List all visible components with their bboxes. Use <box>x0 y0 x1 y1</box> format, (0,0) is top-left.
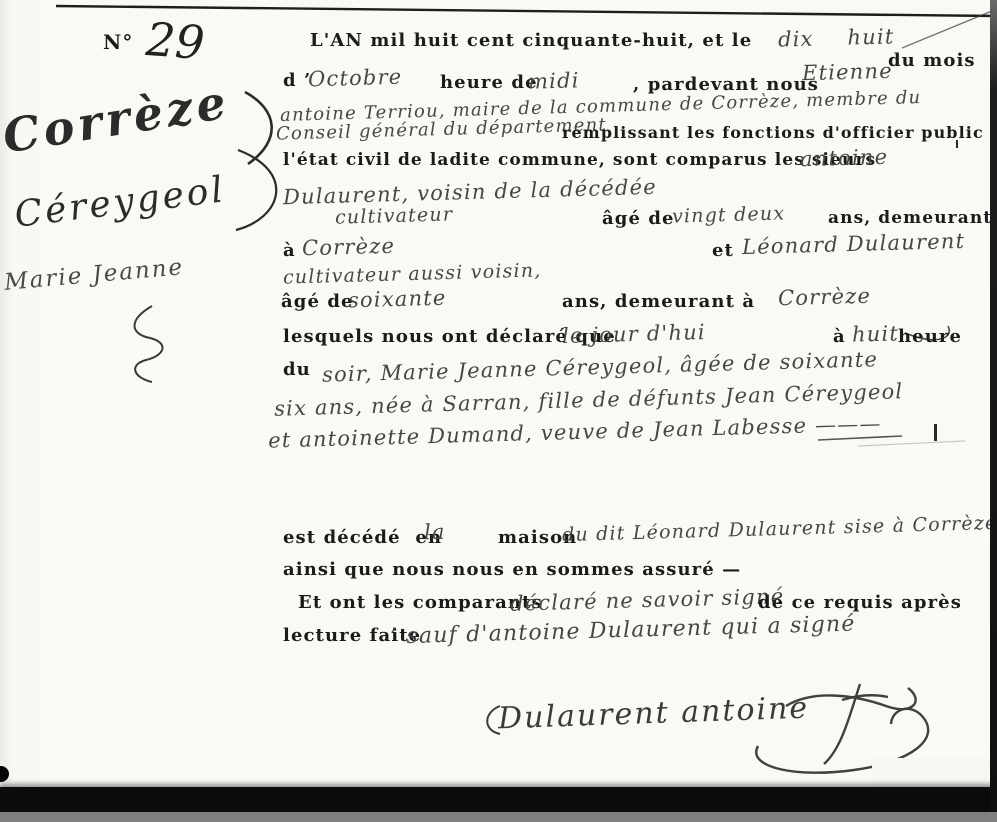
printed-de-ce-requis: de ce requis après <box>758 592 962 613</box>
printed-du-soir: du <box>283 359 311 380</box>
hand-declare-ne-savoir: déclaré ne savoir signé <box>510 584 785 616</box>
printed-et: et <box>712 240 734 261</box>
hand-month: Octobre <box>308 65 403 92</box>
printed-age-de-1: âgé de <box>602 208 675 229</box>
scan-right-border <box>990 0 997 812</box>
printed-et-ont-comparants: Et ont les comparants <box>298 592 543 613</box>
printed-remplissant: remplissant les fonctions d'officier pub… <box>562 123 997 142</box>
printed-ainsi-que: ainsi que nous nous en sommes assuré — <box>283 559 741 580</box>
hand-day-of-month: dix huit <box>778 24 895 51</box>
hand-la: la <box>424 520 446 545</box>
act-number-label: N° <box>103 30 133 54</box>
hand-witness1-residence: Corrèze <box>302 234 396 261</box>
printed-heure: heure <box>898 326 962 347</box>
printed-year-opening: L'AN mil huit cent cinquante-huit, et le <box>310 30 752 51</box>
act-number-value: 29 <box>144 12 206 70</box>
left-edge-ink-blob <box>0 766 9 782</box>
printed-ans-demeurant-a: ans, demeurant à <box>562 291 755 312</box>
ink-tick <box>934 424 937 441</box>
printed-age-de-2: âgé de <box>281 291 354 312</box>
hand-sauf-signe: ’ sauf d'antoine Dulaurent qui a signé <box>390 612 856 650</box>
margin-squiggle <box>135 306 163 382</box>
hand-witness1-surname-line: Dulaurent, voisin de la décédée <box>283 175 657 209</box>
correze-flourish <box>245 92 272 164</box>
margin-commune: Corrèze <box>0 74 233 163</box>
ink-tick-small <box>956 140 958 148</box>
hand-witness1-occupation: cultivateur <box>335 203 454 228</box>
scan-bottom-border <box>0 787 997 812</box>
hand-witness2-name: Léonard Dulaurent <box>742 229 966 259</box>
hand-declaration-day: le jour d'hui <box>562 320 706 348</box>
death-record-scan: N° 29 Corrèze Céreygeol Marie Jeanne L'A… <box>0 0 997 822</box>
hand-witness2-age: soixante <box>348 286 447 313</box>
printed-heure-de: heure de <box>440 72 538 93</box>
margin-deceased-surname: Céreygeol <box>12 169 228 236</box>
hand-witness2-occupation: cultivateur aussi voisin, <box>283 259 542 288</box>
hand-hour: midi <box>528 68 580 93</box>
hand-death-hour: huit <box>852 321 900 346</box>
correze-flourish-2 <box>236 150 276 230</box>
printed-est-decede-en: est décédé en <box>283 527 442 548</box>
stray-stroke <box>902 8 997 48</box>
hand-deceased-line1: soir, Marie Jeanne Céreygeol, âgée de so… <box>322 347 879 387</box>
margin-deceased-given-names: Marie Jeanne <box>3 254 185 296</box>
hand-witness1-firstname: antoine <box>800 145 889 171</box>
printed-ans-demeurant-1: ans, demeurant <box>828 208 992 228</box>
scanner-gray-band <box>0 812 997 822</box>
printed-a-2: à <box>833 326 846 347</box>
printed-du-mois: du mois <box>888 50 976 71</box>
hand-officer-firstname: Etienne <box>802 59 893 86</box>
hand-witness1-age: vingt deux <box>672 202 786 227</box>
printed-a-1: à <box>283 240 296 261</box>
hand-witness2-residence: Corrèze <box>778 284 872 311</box>
crease-line <box>858 441 965 446</box>
hand-death-place: du dit Léonard Dulaurent sise à Corrèze <box>562 512 997 546</box>
printed-etat-civil: l'état civil de ladite commune, sont com… <box>283 150 876 170</box>
hand-signature-declarant: Dulaurent antoine <box>497 691 809 737</box>
